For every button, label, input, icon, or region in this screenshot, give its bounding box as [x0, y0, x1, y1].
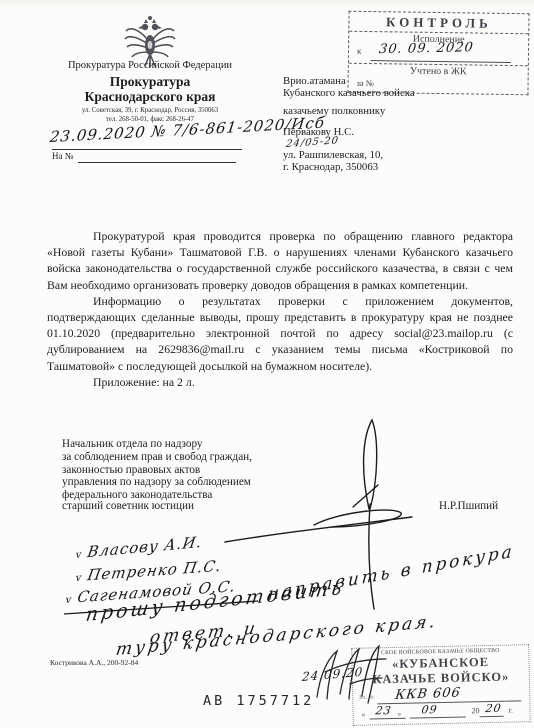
executor-contact: Кострикова А.А., 200-92-84: [50, 658, 138, 667]
letterhead: Прокуратура Российской Федерации Прокура…: [36, 60, 264, 124]
check-mark-icon: v: [65, 594, 74, 606]
form-serial-number: АВ 1757712: [203, 693, 314, 709]
attachment-line: Приложение: на 2 л.: [47, 374, 513, 390]
org-name: Прокуратура Краснодарского края: [36, 74, 264, 104]
signer-position-block: Начальник отдела по надзору за соблюдени…: [62, 438, 252, 502]
recipient-handwritten-note: 24/05-20: [285, 135, 339, 150]
recipient-block: Врио.атамана Кубанского казачьего войска…: [283, 76, 415, 138]
scanned-letter-page: Прокуратура Российской Федерации Прокура…: [0, 0, 534, 728]
stamp-date-century: 20: [471, 706, 479, 715]
reply-to-label: На №: [52, 151, 73, 161]
recipient-line: Кубанского казачьего войска: [283, 88, 415, 100]
recipient-line: Врио.атамана: [283, 76, 415, 88]
recipient-address: ул. Рашпилевская, 10, г. Краснодар, 3500…: [283, 150, 383, 173]
letter-body: Прокуратурой края проводится проверка по…: [47, 228, 513, 390]
body-paragraph-1: Прокуратурой края проводится проверка по…: [47, 228, 513, 293]
body-paragraph-2: Информацию о результатах проверки с прил…: [47, 293, 513, 374]
check-mark-icon: v: [75, 549, 83, 561]
stamp-date-day: 23: [375, 704, 393, 717]
stamp-date-suffix: г.: [508, 706, 513, 715]
recipient-name: Первакову Н.С.: [283, 127, 415, 139]
control-stamp-k-label: к: [357, 46, 362, 56]
control-stamp-due-date: 30. 09. 2020: [378, 40, 474, 57]
federation-line: Прокуратура Российской Федерации: [36, 60, 264, 71]
stamp-date-year: 20: [484, 702, 502, 715]
resolution-text: направить в прокура: [267, 541, 515, 605]
signer-name: Н.Р.Пшипий: [439, 500, 498, 512]
resolution-addressee: vВласову А.И.: [75, 533, 204, 562]
signer-rank: старший советник юстиции: [62, 500, 194, 512]
incoming-number-label: Вх. №: [359, 694, 373, 700]
stamp-date-month: 09: [421, 703, 439, 716]
incoming-registration-stamp: СКОЕ ВОЙСКОВОЕ КАЗАЧЬЕ ОБЩЕСТВО «КУБАНСК…: [351, 644, 531, 726]
control-stamp-title: КОНТРОЛЬ: [349, 12, 528, 34]
check-mark-icon: v: [75, 572, 84, 584]
reply-to-underline: [78, 162, 236, 163]
recipient-line: казачьему полковнику: [283, 106, 415, 118]
stamp-date-row: « 23 » 09 20 20 г.: [353, 702, 529, 722]
ref-underline: [52, 149, 242, 150]
incoming-number-value: ККВ 606: [394, 685, 462, 703]
